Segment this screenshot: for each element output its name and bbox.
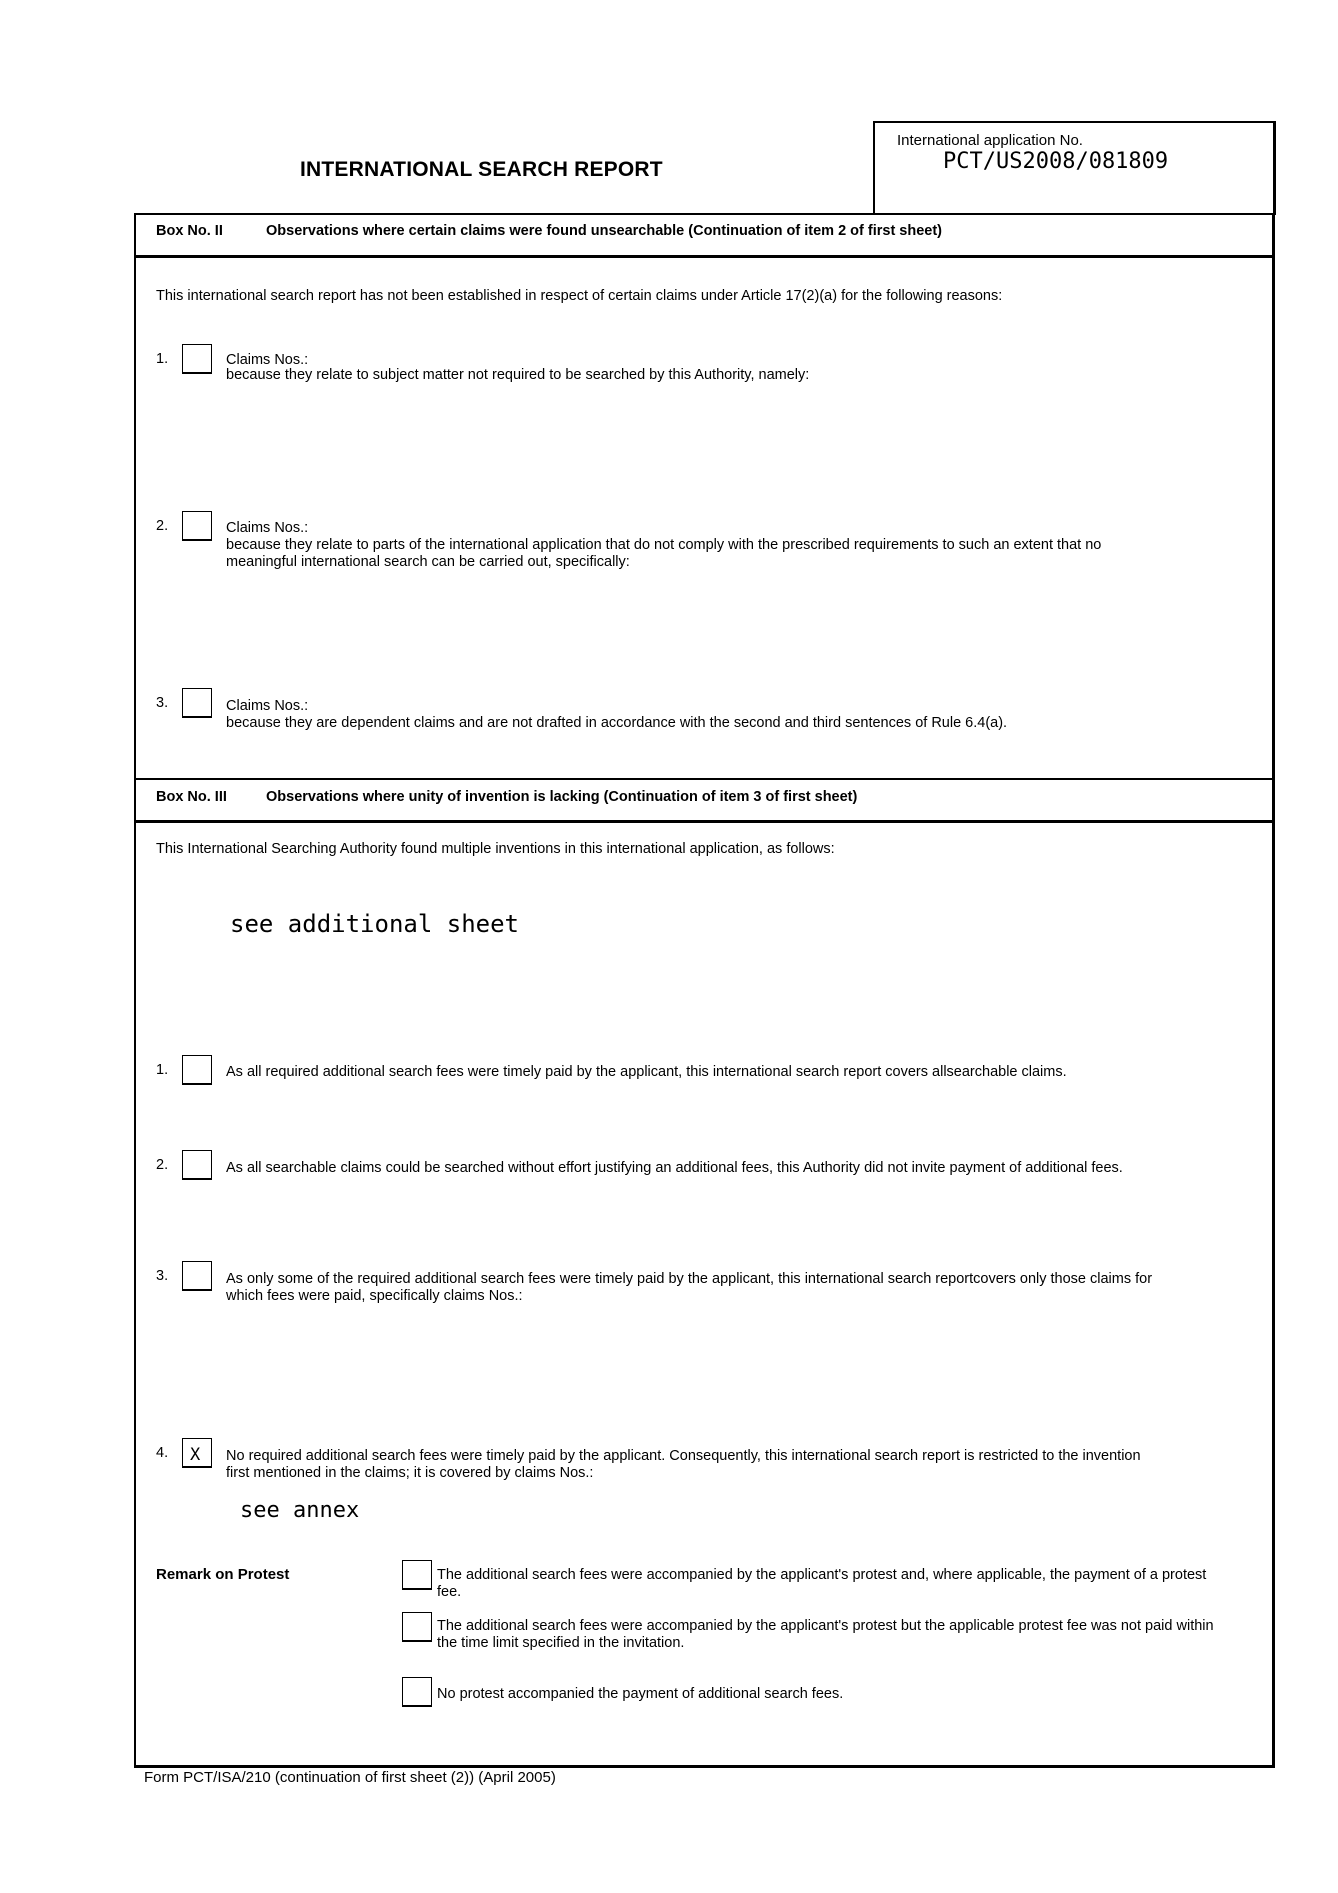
box2-item-1-checkbox[interactable] <box>182 344 212 374</box>
box2-item-2-text: because they relate to parts of the inte… <box>226 537 1156 571</box>
divider <box>136 778 1272 780</box>
box2-item-3-text: because they are dependent claims and ar… <box>226 715 1246 732</box>
divider <box>136 255 1272 258</box>
box3-item-3-text: As only some of the required additional … <box>226 1271 1176 1305</box>
box3-item-4-number: 4. <box>156 1445 168 1462</box>
box2-heading: Observations where certain claims were f… <box>266 223 942 239</box>
protest-option-2-text: The additional search fees were accompan… <box>437 1618 1217 1652</box>
box3-item-2-checkbox[interactable] <box>182 1150 212 1180</box>
box2-intro: This international search report has not… <box>156 288 1002 305</box>
box3-item-3-checkbox[interactable] <box>182 1261 212 1291</box>
box3-header: Box No. IIIObservations where unity of i… <box>156 789 857 805</box>
protest-label: Remark on Protest <box>156 1566 289 1583</box>
box2-item-1-text: because they relate to subject matter no… <box>226 367 1186 384</box>
form-footer: Form PCT/ISA/210 (continuation of first … <box>144 1769 556 1786</box>
box2-item-3-claims-label: Claims Nos.: <box>226 698 308 715</box>
box3-item-3-number: 3. <box>156 1268 168 1285</box>
box3-item-1-text: As all required additional search fees w… <box>226 1064 1186 1081</box>
box2-number: Box No. II <box>156 223 266 239</box>
box3-intro: This International Searching Authority f… <box>156 841 835 858</box>
protest-option-3-checkbox[interactable] <box>402 1677 432 1707</box>
box2-item-3-number: 3. <box>156 695 168 712</box>
box2-item-2-checkbox[interactable] <box>182 511 212 541</box>
box2-item-3-checkbox[interactable] <box>182 688 212 718</box>
box2-item-1-number: 1. <box>156 351 168 368</box>
box3-item-1-checkbox[interactable] <box>182 1055 212 1085</box>
box3-item-2-number: 2. <box>156 1157 168 1174</box>
application-number-label: International application No. <box>897 132 1083 149</box>
box3-item-4-text: No required additional search fees were … <box>226 1448 1146 1482</box>
protest-option-1-text: The additional search fees were accompan… <box>437 1567 1217 1601</box>
form-frame: Box No. IIObservations where certain cla… <box>134 213 1275 1768</box>
box3-number: Box No. III <box>156 789 266 805</box>
protest-option-2-checkbox[interactable] <box>402 1612 432 1642</box>
report-title: INTERNATIONAL SEARCH REPORT <box>300 158 663 182</box>
protest-option-3-text: No protest accompanied the payment of ad… <box>437 1686 1217 1703</box>
application-number: PCT/US2008/081809 <box>943 149 1168 174</box>
box3-heading: Observations where unity of invention is… <box>266 789 857 805</box>
box3-item-2-text: As all searchable claims could be search… <box>226 1160 1186 1177</box>
application-number-box: International application No. PCT/US2008… <box>873 121 1276 215</box>
protest-option-1-checkbox[interactable] <box>402 1560 432 1590</box>
box3-item-4-typed-claims: see annex <box>240 1498 359 1523</box>
box3-typed-note: see additional sheet <box>230 910 519 938</box>
box2-item-2-number: 2. <box>156 518 168 535</box>
box2-header: Box No. IIObservations where certain cla… <box>156 223 942 239</box>
box2-item-2-claims-label: Claims Nos.: <box>226 520 308 537</box>
divider <box>136 820 1272 823</box>
box3-item-1-number: 1. <box>156 1062 168 1079</box>
box3-item-4-checkbox-checked[interactable] <box>182 1438 212 1468</box>
